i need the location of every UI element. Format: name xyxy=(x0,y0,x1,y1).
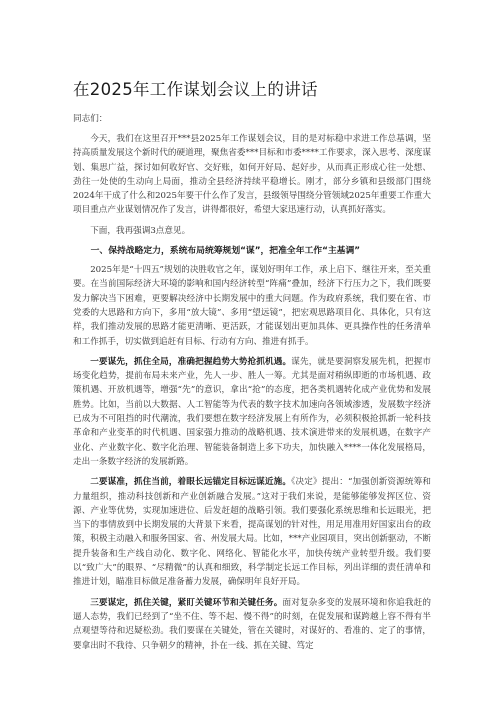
section-1-heading: 一、保持战略定力，系统布局统筹规划“谋”，把准全年工作“主基调” xyxy=(73,244,431,258)
point-1-paragraph: 一要谋先，抓住全局，准确把握趋势大势抢抓机遇。谋先，就是要洞察发展先机，把握市场… xyxy=(73,355,431,469)
point-1-lead: 一要谋先，抓住全局，准确把握趋势大势抢抓机遇。 xyxy=(90,357,291,367)
point-2-body: 《决定》提出：“加强创新资源统筹和力量组织，推动科技创新和产业创新融合发展。”这… xyxy=(73,477,431,587)
point-3-paragraph: 三要谋定，抓住关键，紧盯关键环节和关键任务。面对复杂多变的发展环境和你追我赶的逼… xyxy=(73,596,431,653)
document-content: 在2025年工作谋划会议上的讲话 同志们： 今天，我们在这里召开***县2025… xyxy=(73,80,431,659)
section-1-paragraph: 2025年是“十四五”规划的决胜收官之年，谋划好明年工作，承上启下、继往开来，至… xyxy=(73,263,431,349)
document-title: 在2025年工作谋划会议上的讲话 xyxy=(73,80,431,100)
point-3-lead: 三要谋定，抓住关键，紧盯关键环节和关键任务。 xyxy=(90,598,282,608)
intro-paragraph: 今天，我们在这里召开***县2025年工作谋划会议，目的是对标稳中求进工作总基调… xyxy=(73,132,431,218)
point-1-body: 谋先，就是要洞察发展先机，把握市场变化趋势，提前布局未来产业，先人一步、胜人一筹… xyxy=(73,357,431,467)
document-page: 在2025年工作谋划会议上的讲话 同志们： 今天，我们在这里召开***县2025… xyxy=(0,0,500,707)
transition-paragraph: 下面，我再强调3点意见。 xyxy=(73,224,431,238)
point-2-paragraph: 二要谋准，抓住当前，着眼长远锚定目标远谋近施。《决定》提出：“加强创新资源统筹和… xyxy=(73,475,431,589)
point-2-lead: 二要谋准，抓住当前，着眼长远锚定目标远谋近施。 xyxy=(90,477,291,487)
salutation: 同志们： xyxy=(73,112,431,126)
